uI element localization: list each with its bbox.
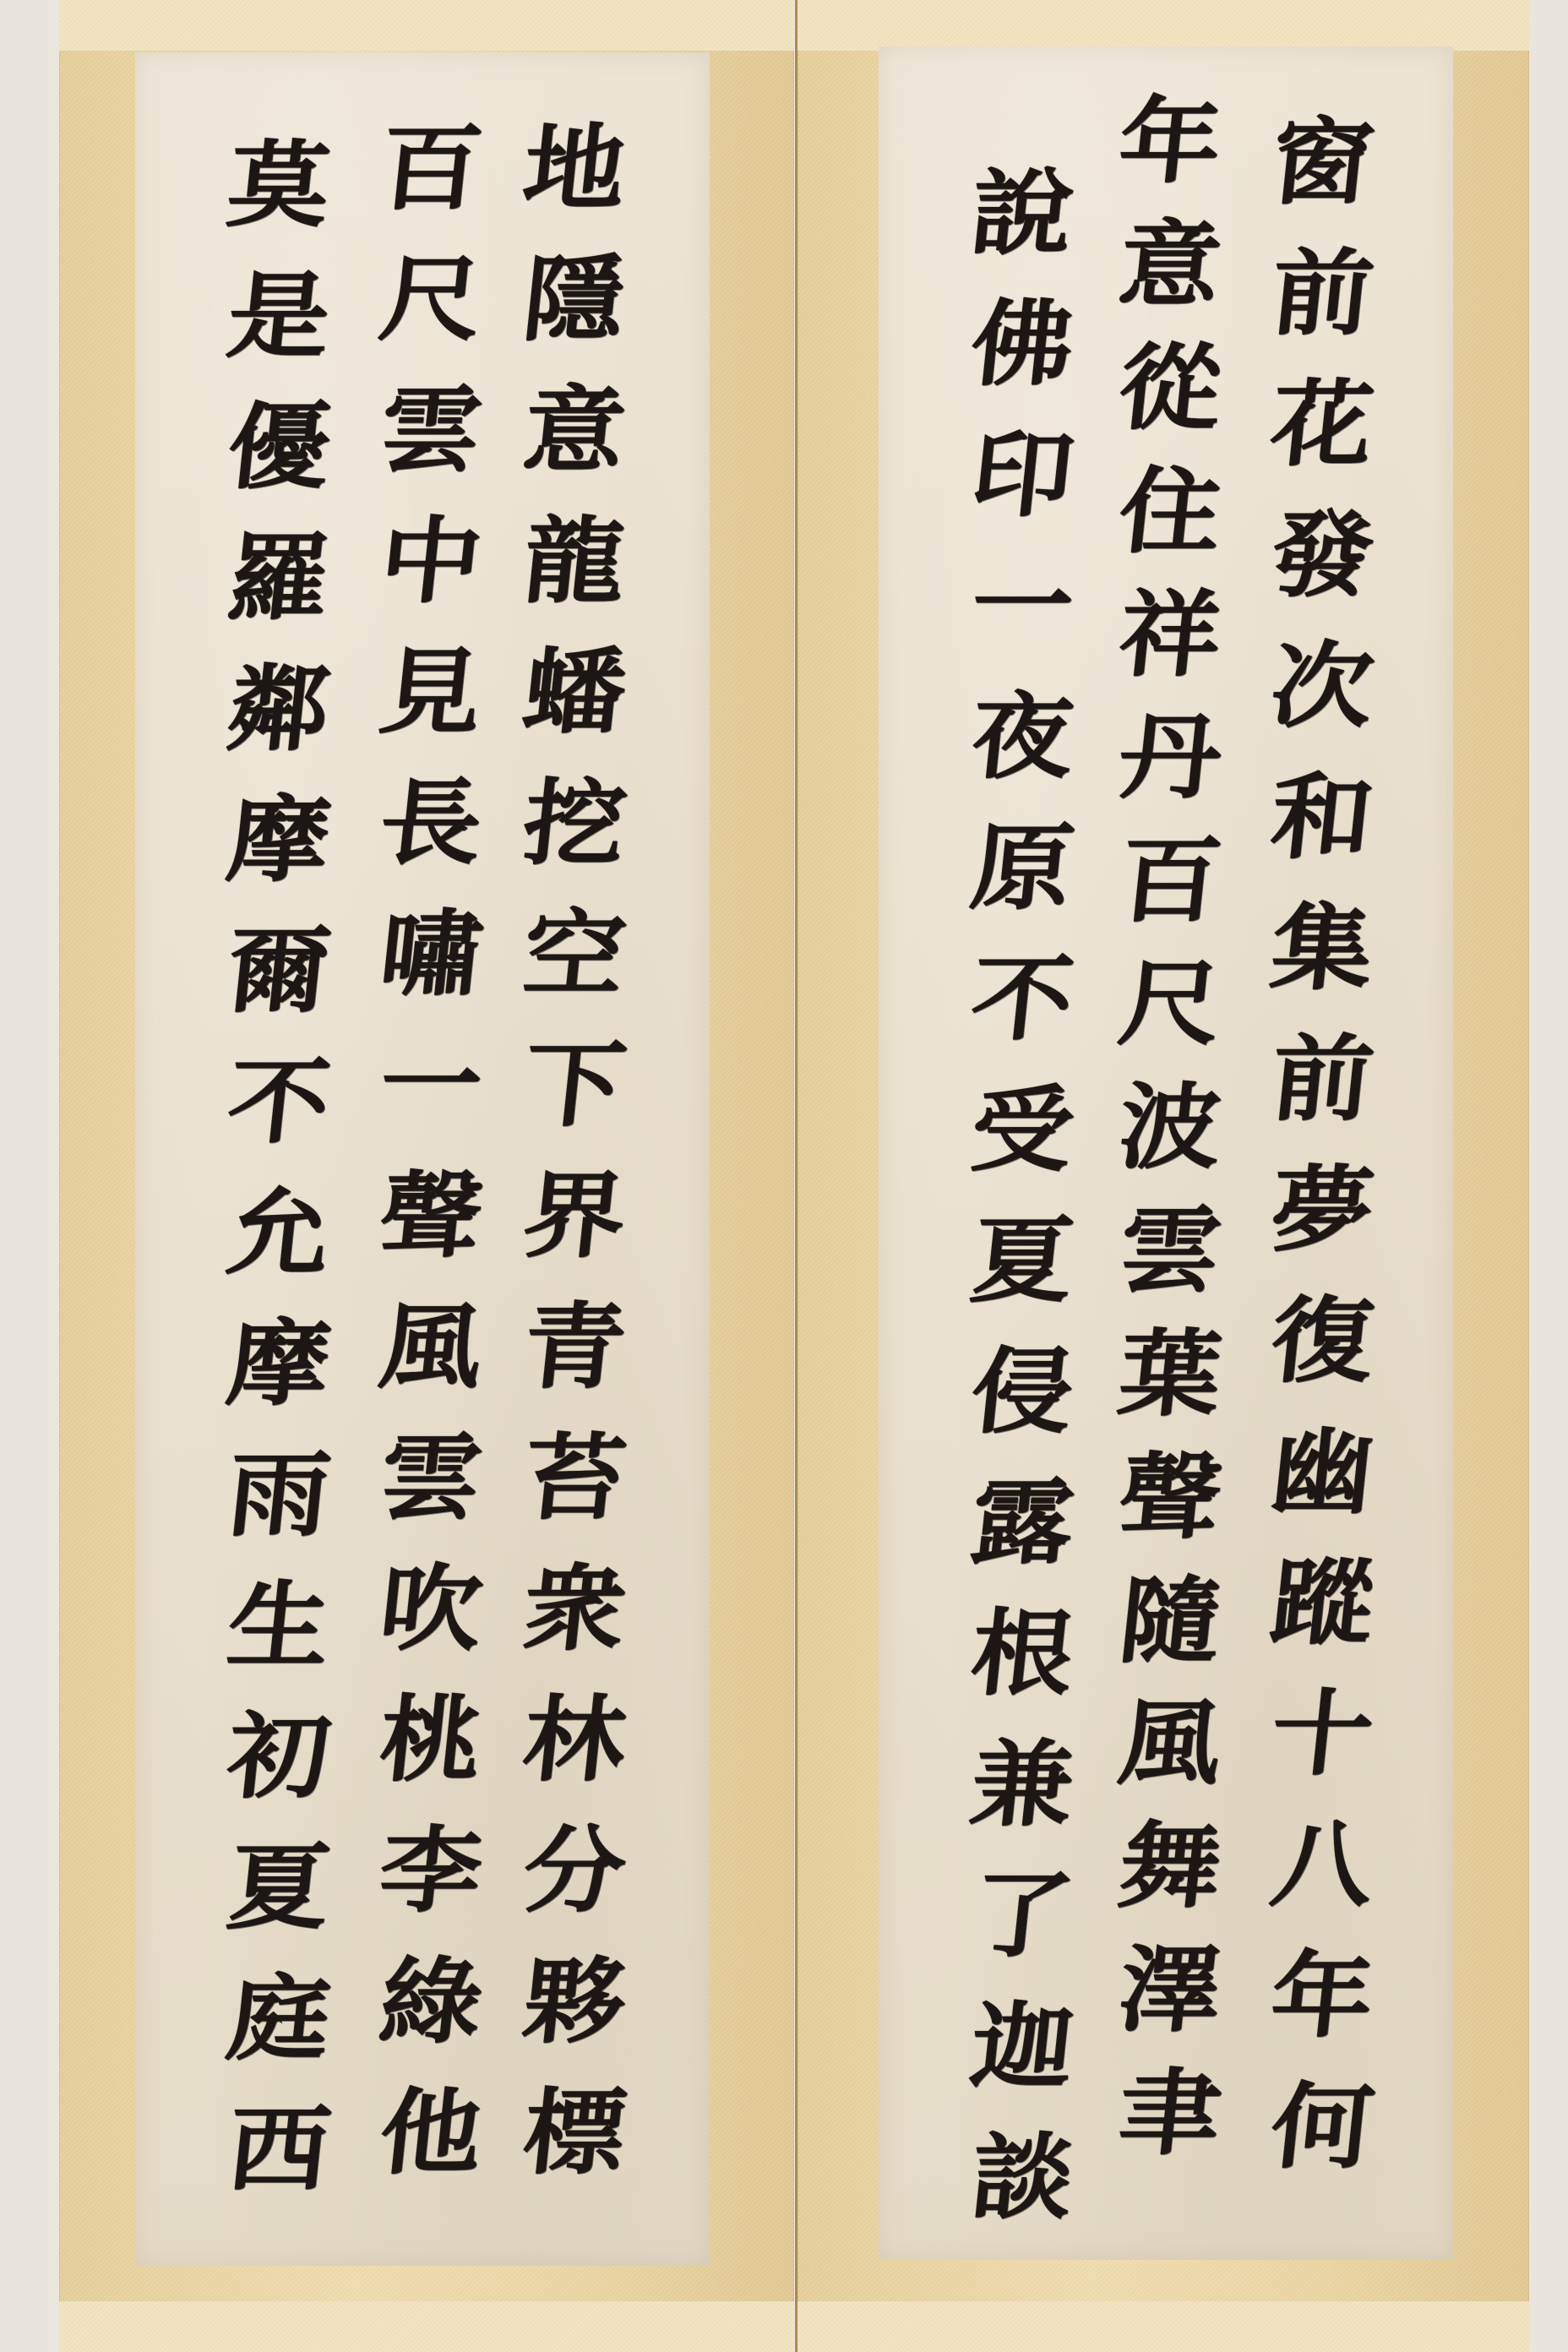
calligraphy-character: 說 — [966, 153, 1080, 274]
calligraphy-character: 原 — [966, 808, 1080, 928]
right-scroll-bottom-border — [798, 2301, 1529, 2352]
calligraphy-character: 風 — [374, 1287, 488, 1407]
calligraphy-character: 十 — [1266, 1674, 1380, 1794]
calligraphy-character: 長 — [374, 763, 488, 884]
calligraphy-character: 一 — [374, 1025, 488, 1146]
calligraphy-character: 夢 — [1266, 1150, 1380, 1271]
calligraphy-character: 露 — [966, 1462, 1080, 1583]
left-scroll-bottom-border — [59, 2301, 794, 2352]
calligraphy-character: 蟠 — [518, 632, 632, 753]
calligraphy-character: 百 — [374, 108, 488, 229]
calligraphy-character: 羅 — [222, 518, 336, 639]
left-scroll-top-border — [59, 0, 794, 51]
calligraphy-character: 摩 — [222, 780, 336, 901]
calligraphy-character: 八 — [1266, 1805, 1380, 1925]
calligraphy-character: 分 — [518, 1810, 632, 1931]
right-scroll-column-3: 說佛印一夜原不受夏侵露根兼了迦談 說佛印一夜原不受夏侵露根兼了迦談 — [950, 148, 1094, 2243]
calligraphy-character: 聲 — [1113, 1440, 1227, 1554]
calligraphy-character: 迦 — [966, 1986, 1080, 2107]
calligraphy-character: 意 — [1113, 209, 1227, 322]
calligraphy-character: 復 — [1266, 1281, 1380, 1402]
right-scroll-column-2: 年意從住祥丹百尺波雲葉聲隨風舞澤聿 年意從住祥丹百尺波雲葉聲隨風舞澤聿 — [1098, 80, 1242, 2175]
calligraphy-character: 雲 — [374, 1418, 488, 1538]
calligraphy-character: 夜 — [966, 677, 1080, 798]
calligraphy-character: 優 — [222, 387, 336, 508]
calligraphy-character: 吹 — [374, 1549, 488, 1669]
calligraphy-character: 兼 — [966, 1724, 1080, 1845]
calligraphy-character: 苔 — [518, 1418, 632, 1538]
calligraphy-character: 根 — [966, 1593, 1080, 1714]
calligraphy-character: 夥 — [518, 1941, 632, 2062]
calligraphy-character: 聿 — [1113, 2057, 1227, 2170]
right-scroll-column-1: 窗前花發次和集前夢復幽蹤十八年何 窗前花發次和集前夢復幽蹤十八年何 — [1250, 97, 1394, 2192]
calligraphy-character: 隨 — [1113, 1564, 1227, 1677]
calligraphy-character: 波 — [1113, 1071, 1227, 1184]
calligraphy-character: 從 — [1113, 332, 1227, 445]
calligraphy-character: 尺 — [1113, 948, 1227, 1061]
calligraphy-character: 不 — [966, 939, 1080, 1059]
calligraphy-character: 風 — [1113, 1687, 1227, 1800]
calligraphy-character: 和 — [1266, 757, 1380, 878]
calligraphy-character: 窗 — [1266, 102, 1380, 223]
calligraphy-character: 庭 — [222, 1958, 336, 2079]
calligraphy-character: 鄰 — [222, 649, 336, 770]
calligraphy-character: 標 — [518, 2072, 632, 2193]
calligraphy-character: 嘯 — [374, 894, 488, 1015]
calligraphy-character: 桃 — [374, 1680, 488, 1800]
calligraphy-character: 發 — [1266, 495, 1380, 616]
calligraphy-character: 地 — [518, 108, 632, 229]
calligraphy-character: 初 — [222, 1696, 336, 1817]
calligraphy-character: 年 — [1266, 1935, 1380, 2056]
calligraphy-character: 舞 — [1113, 1810, 1227, 1924]
calligraphy-character: 侵 — [966, 1331, 1080, 1452]
calligraphy-character: 綠 — [374, 1941, 488, 2062]
calligraphy-character: 花 — [1266, 364, 1380, 485]
calligraphy-character: 意 — [518, 370, 632, 491]
calligraphy-character: 雲 — [374, 370, 488, 491]
calligraphy-character: 夏 — [222, 1827, 336, 1948]
calligraphy-character: 爾 — [222, 911, 336, 1032]
calligraphy-character: 摩 — [222, 1304, 336, 1424]
calligraphy-character: 見 — [374, 632, 488, 753]
calligraphy-character: 印 — [966, 415, 1080, 536]
calligraphy-character: 雨 — [222, 1435, 336, 1555]
calligraphy-character: 林 — [518, 1680, 632, 1800]
calligraphy-character: 丹 — [1113, 701, 1227, 814]
calligraphy-character: 年 — [1113, 85, 1227, 199]
calligraphy-character: 尺 — [374, 239, 488, 360]
calligraphy-character: 了 — [966, 1855, 1080, 1976]
calligraphy-character: 雲 — [1113, 1195, 1227, 1308]
calligraphy-character: 受 — [966, 1070, 1080, 1190]
calligraphy-character: 空 — [518, 894, 632, 1015]
calligraphy-character: 下 — [518, 1025, 632, 1146]
right-scroll-top-border — [798, 0, 1529, 51]
calligraphy-character: 前 — [1266, 1019, 1380, 1140]
right-scroll-paper: 窗前花發次和集前夢復幽蹤十八年何 窗前花發次和集前夢復幽蹤十八年何 年意從住祥丹… — [879, 46, 1453, 2260]
calligraphy-character: 龍 — [518, 501, 632, 622]
left-scroll-column-1: 地隱意龍蟠挖空下界青苔衆林分夥標 地隱意龍蟠挖空下界青苔衆林分夥標 — [507, 103, 642, 2198]
calligraphy-character: 中 — [374, 501, 488, 622]
calligraphy-character: 生 — [222, 1565, 336, 1686]
calligraphy-character: 是 — [222, 256, 336, 377]
calligraphy-character: 葉 — [1113, 1318, 1227, 1431]
calligraphy-character: 談 — [966, 2117, 1080, 2238]
calligraphy-character: 幽 — [1266, 1412, 1380, 1533]
calligraphy-character: 界 — [518, 1156, 632, 1277]
calligraphy-character: 不 — [222, 1042, 336, 1162]
calligraphy-character: 聲 — [374, 1156, 488, 1277]
calligraphy-character: 住 — [1113, 455, 1227, 568]
calligraphy-character: 祥 — [1113, 578, 1227, 691]
calligraphy-character: 百 — [1113, 825, 1227, 938]
calligraphy-character: 一 — [966, 546, 1080, 667]
calligraphy-character: 次 — [1266, 626, 1380, 747]
calligraphy-character: 李 — [374, 1810, 488, 1931]
calligraphy-character: 前 — [1266, 233, 1380, 354]
left-scroll-paper: 地隱意龍蟠挖空下界青苔衆林分夥標 地隱意龍蟠挖空下界青苔衆林分夥標 百尺雲中見長… — [135, 52, 710, 2266]
calligraphy-character: 青 — [518, 1287, 632, 1407]
calligraphy-character: 何 — [1266, 2066, 1380, 2187]
calligraphy-character: 集 — [1266, 888, 1380, 1009]
left-scroll-column-3: 莫是優羅鄰摩爾不允摩雨生初夏庭西 莫是優羅鄰摩爾不允摩雨生初夏庭西 — [211, 120, 346, 2215]
calligraphy-character: 隱 — [518, 239, 632, 360]
calligraphy-character: 澤 — [1113, 1934, 1227, 2047]
calligraphy-character: 夏 — [966, 1200, 1080, 1321]
calligraphy-character: 挖 — [518, 763, 632, 884]
calligraphy-character: 允 — [222, 1173, 336, 1293]
calligraphy-character: 西 — [222, 2089, 336, 2210]
calligraphy-character: 莫 — [222, 125, 336, 246]
left-scroll-column-2: 百尺雲中見長嘯一聲風雲吹桃李綠他 百尺雲中見長嘯一聲風雲吹桃李綠他 — [363, 103, 498, 2198]
calligraphy-character: 衆 — [518, 1549, 632, 1669]
calligraphy-character: 蹤 — [1266, 1543, 1380, 1663]
calligraphy-character: 佛 — [966, 284, 1080, 405]
calligraphy-character: 他 — [374, 2072, 488, 2193]
